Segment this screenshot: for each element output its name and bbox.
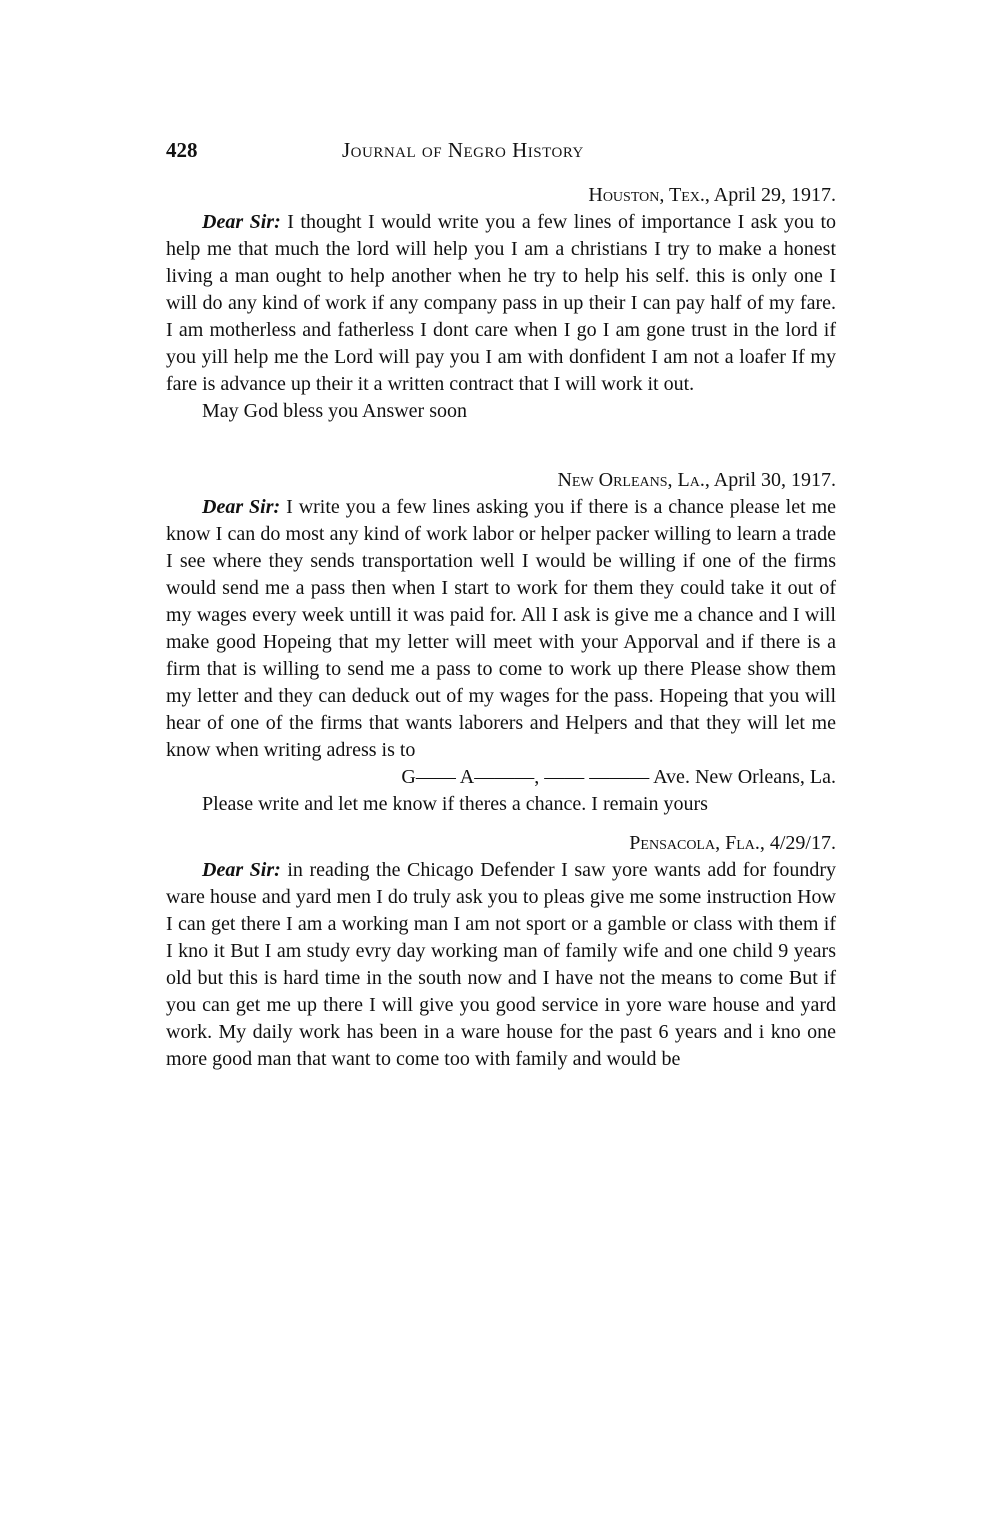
running-head: 428 Journal of Negro History bbox=[166, 138, 836, 170]
letter-houston: Houston, Tex., April 29, 1917. Dear Sir:… bbox=[166, 182, 836, 425]
letter-body: Dear Sir: I write you a few lines asking… bbox=[166, 494, 836, 764]
letter-new-orleans: New Orleans, La., April 30, 1917. Dear S… bbox=[166, 467, 836, 818]
salutation: Dear Sir: bbox=[202, 211, 281, 233]
salutation: Dear Sir: bbox=[202, 496, 280, 518]
dateline-place: New Orleans, La., bbox=[557, 469, 709, 491]
dateline-date: April 30, 1917. bbox=[714, 469, 836, 491]
salutation: Dear Sir: bbox=[202, 859, 281, 881]
dateline-date: 4/29/17. bbox=[770, 832, 836, 854]
journal-title: Journal of Negro History bbox=[342, 138, 584, 163]
document-page: 428 Journal of Negro History Houston, Te… bbox=[166, 138, 836, 1073]
letter-text: I thought I would write you a few lines … bbox=[166, 211, 836, 395]
letter-text: in reading the Chicago Defender I saw yo… bbox=[166, 859, 836, 1070]
dateline: New Orleans, La., April 30, 1917. bbox=[166, 467, 836, 494]
letter-closing: Please write and let me know if theres a… bbox=[166, 791, 836, 818]
dateline: Pensacola, Fla., 4/29/17. bbox=[166, 830, 836, 857]
dateline-place: Houston, Tex., bbox=[588, 184, 710, 206]
letter-body: Dear Sir: I thought I would write you a … bbox=[166, 209, 836, 398]
letter-body: Dear Sir: in reading the Chicago Defende… bbox=[166, 857, 836, 1073]
letter-closing: May God bless you Answer soon bbox=[166, 398, 836, 425]
letter-text: I write you a few lines asking you if th… bbox=[166, 496, 836, 761]
dateline: Houston, Tex., April 29, 1917. bbox=[166, 182, 836, 209]
dateline-date: April 29, 1917. bbox=[714, 184, 836, 206]
letter-pensacola: Pensacola, Fla., 4/29/17. Dear Sir: in r… bbox=[166, 830, 836, 1073]
sender-address: G—— A———, —— ——— Ave. New Orleans, La. bbox=[166, 764, 836, 791]
dateline-place: Pensacola, Fla., bbox=[629, 832, 765, 854]
page-number: 428 bbox=[166, 138, 198, 163]
